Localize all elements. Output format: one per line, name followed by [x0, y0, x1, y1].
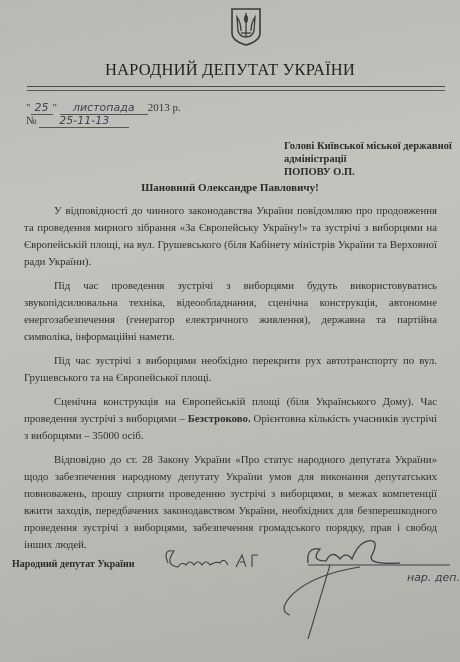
letter-body: У відповідності до чинного законодавства… [24, 203, 437, 561]
date-line: "25" листопада2013 р. [26, 101, 181, 115]
addressee-block: Голові Київської міської державної адмін… [284, 140, 452, 179]
greeting: Шановний Олександре Павловичу! [0, 182, 460, 194]
paragraph-1: У відповідності до чинного законодавства… [24, 203, 437, 271]
letterhead-rule [27, 86, 445, 87]
date-month: листопада [60, 101, 148, 115]
paragraph-3: Під час зустрічі з виборцями необхідно п… [24, 353, 437, 387]
reference-number: 25-11-13 [39, 114, 129, 128]
addressee-line-2: адміністрації [284, 153, 452, 166]
letterhead-title: НАРОДНИЙ ДЕПУТАТ УКРАЇНИ [0, 60, 460, 80]
paragraph-2: Під час проведення зустрічі з виборцями … [24, 278, 437, 346]
letterhead-rule-thin [27, 90, 445, 91]
svg-text:нар. деп.: нар. деп. [407, 571, 460, 584]
signer-title: Народний депутат України [12, 559, 135, 570]
number-label: № [26, 115, 37, 127]
letter-page: НАРОДНИЙ ДЕПУТАТ УКРАЇНИ "25" листопада2… [0, 0, 460, 662]
addressee-line-1: Голові Київської міської державної [284, 140, 452, 153]
reference-number-line: № 25-11-13 [26, 114, 129, 128]
addressee-name: ПОПОВУ О.П. [284, 166, 452, 179]
date-year: 2013 р. [148, 102, 181, 114]
trident-coat-of-arms-icon [229, 7, 263, 47]
paragraph-4: Сценічна конструкція на Європейській пло… [24, 394, 437, 445]
date-day: 25 [31, 101, 53, 115]
duration-bold: Безстроково. [188, 413, 251, 425]
handwritten-signature: нар. деп. [160, 535, 460, 655]
